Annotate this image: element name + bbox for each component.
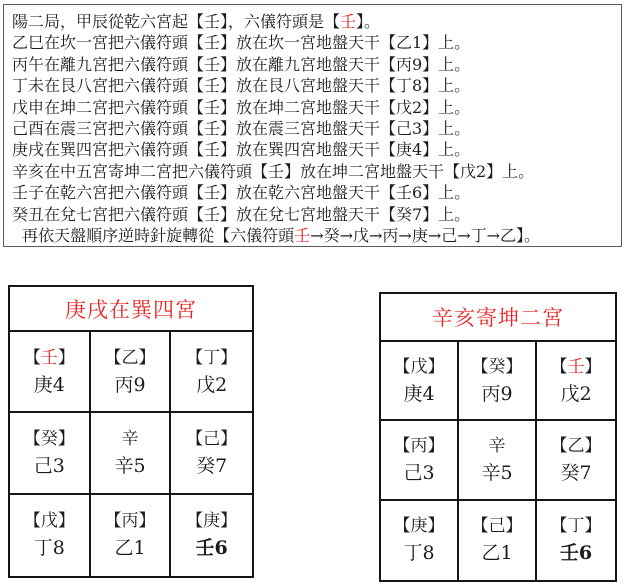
cell-earth-stem: 己3 bbox=[34, 453, 65, 479]
cell-earth-stem: 丙9 bbox=[114, 372, 145, 398]
palace-cell: 【庚】壬6 bbox=[171, 495, 252, 576]
cell-heaven-stem: 【癸】 bbox=[24, 427, 75, 451]
cell-earth-stem: 庚4 bbox=[34, 372, 65, 398]
cell-earth-stem: 丁8 bbox=[403, 540, 434, 566]
narrative-line-1: 陽二局，甲辰從乾六宮起【壬】，六儀符頭是【壬】。 bbox=[12, 11, 613, 32]
narrative-line-3: 丙午在離九宮把六儀符頭【壬】放在離九宮地盤天干【丙9】上。 bbox=[12, 54, 613, 75]
cell-heaven-stem: 【己】 bbox=[472, 514, 523, 538]
palace-cell: 【己】乙1 bbox=[459, 501, 537, 580]
palace-cell: 【乙】癸7 bbox=[537, 421, 615, 500]
right-palace-table: 辛亥寄坤二宮 【戊】庚4【癸】丙9【壬】戊2【丙】己3辛辛5【乙】癸7【庚】丁8… bbox=[379, 292, 617, 582]
page: 陽二局，甲辰從乾六宮起【壬】，六儀符頭是【壬】。乙巳在坎一宮把六儀符頭【壬】放在… bbox=[0, 0, 625, 588]
palace-cell: 【乙】丙9 bbox=[91, 332, 172, 413]
right-table-grid: 【戊】庚4【癸】丙9【壬】戊2【丙】己3辛辛5【乙】癸7【庚】丁8【己】乙1【丁… bbox=[381, 342, 615, 580]
cell-heaven-stem: 【庚】 bbox=[186, 509, 237, 533]
cell-earth-stem: 辛5 bbox=[481, 460, 512, 486]
narrative-line-9: 壬子在乾六宮把六儀符頭【壬】放在乾六宮地盤天干【壬6】上。 bbox=[12, 182, 613, 203]
cell-earth-stem: 乙1 bbox=[481, 540, 512, 566]
cell-earth-stem: 癸7 bbox=[560, 460, 591, 486]
narrative-line-2: 乙巳在坎一宮把六儀符頭【壬】放在坎一宮地盤天干【乙1】上。 bbox=[12, 32, 613, 53]
palace-cell: 【壬】庚4 bbox=[10, 332, 91, 413]
narrative-line-4: 丁未在艮八宮把六儀符頭【壬】放在艮八宮地盤天干【丁8】上。 bbox=[12, 75, 613, 96]
narrative-line-7: 庚戌在巽四宮把六儀符頭【壬】放在巽四宮地盤天干【庚4】上。 bbox=[12, 139, 613, 160]
palace-cell: 【丙】己3 bbox=[381, 421, 459, 500]
cell-heaven-stem: 【壬】 bbox=[551, 355, 602, 379]
cell-heaven-stem: 【丁】 bbox=[551, 514, 602, 538]
palace-cell: 【癸】丙9 bbox=[459, 342, 537, 421]
narrative-line-8: 辛亥在中五宮寄坤二宮把六儀符頭【壬】放在坤二宮地盤天干【戊2】上。 bbox=[12, 161, 613, 182]
left-palace-table: 庚戌在巽四宮 【壬】庚4【乙】丙9【丁】戊2【癸】己3辛辛5【己】癸7【戊】丁8… bbox=[8, 285, 254, 578]
cell-heaven-stem: 【戊】 bbox=[24, 509, 75, 533]
cell-heaven-stem: 【丙】 bbox=[104, 509, 155, 533]
cell-heaven-stem: 【己】 bbox=[186, 427, 237, 451]
palace-cell: 辛辛5 bbox=[91, 413, 172, 494]
palace-cell: 【丁】戊2 bbox=[171, 332, 252, 413]
cell-heaven-stem: 【乙】 bbox=[551, 434, 602, 458]
cell-heaven-stem: 辛 bbox=[489, 434, 506, 458]
cell-earth-stem: 己3 bbox=[403, 460, 434, 486]
cell-earth-stem: 戊2 bbox=[560, 381, 591, 407]
narrative-box: 陽二局，甲辰從乾六宮起【壬】，六儀符頭是【壬】。乙巳在坎一宮把六儀符頭【壬】放在… bbox=[3, 4, 622, 247]
left-table-grid: 【壬】庚4【乙】丙9【丁】戊2【癸】己3辛辛5【己】癸7【戊】丁8【丙】乙1【庚… bbox=[10, 332, 252, 576]
palace-cell: 【戊】丁8 bbox=[10, 495, 91, 576]
narrative-line-10: 癸丑在兌七宮把六儀符頭【壬】放在兌七宮地盤天干【癸7】上。 bbox=[12, 204, 613, 225]
cell-heaven-stem: 【癸】 bbox=[472, 355, 523, 379]
palace-cell: 【己】癸7 bbox=[171, 413, 252, 494]
cell-heaven-stem: 辛 bbox=[121, 427, 138, 451]
left-table-title: 庚戌在巽四宮 bbox=[10, 287, 252, 332]
cell-earth-stem: 丙9 bbox=[481, 381, 512, 407]
cell-earth-stem: 壬6 bbox=[196, 535, 228, 561]
cell-heaven-stem: 【壬】 bbox=[24, 346, 75, 370]
cell-earth-stem: 丁8 bbox=[34, 535, 65, 561]
cell-heaven-stem: 【庚】 bbox=[394, 514, 445, 538]
palace-cell: 【庚】丁8 bbox=[381, 501, 459, 580]
cell-heaven-stem: 【戊】 bbox=[394, 355, 445, 379]
narrative-line-5: 戊申在坤二宮把六儀符頭【壬】放在坤二宮地盤天干【戊2】上。 bbox=[12, 97, 613, 118]
cell-earth-stem: 庚4 bbox=[403, 381, 434, 407]
cell-earth-stem: 辛5 bbox=[114, 453, 145, 479]
cell-earth-stem: 壬6 bbox=[560, 540, 592, 566]
palace-cell: 【丁】壬6 bbox=[537, 501, 615, 580]
narrative-lines: 陽二局，甲辰從乾六宮起【壬】，六儀符頭是【壬】。乙巳在坎一宮把六儀符頭【壬】放在… bbox=[12, 11, 613, 246]
cell-heaven-stem: 【丙】 bbox=[394, 434, 445, 458]
palace-cell: 【戊】庚4 bbox=[381, 342, 459, 421]
cell-earth-stem: 戊2 bbox=[196, 372, 227, 398]
cell-earth-stem: 癸7 bbox=[196, 453, 227, 479]
narrative-line-11: 再依天盤順序逆時針旋轉從【六儀符頭壬→癸→戊→丙→庚→己→丁→乙】。 bbox=[12, 225, 613, 246]
palace-cell: 辛辛5 bbox=[459, 421, 537, 500]
narrative-line-6: 己酉在震三宮把六儀符頭【壬】放在震三宮地盤天干【己3】上。 bbox=[12, 118, 613, 139]
right-table-title: 辛亥寄坤二宮 bbox=[381, 294, 615, 342]
palace-cell: 【癸】己3 bbox=[10, 413, 91, 494]
palace-cell: 【壬】戊2 bbox=[537, 342, 615, 421]
cell-earth-stem: 乙1 bbox=[114, 535, 145, 561]
cell-heaven-stem: 【丁】 bbox=[186, 346, 237, 370]
palace-cell: 【丙】乙1 bbox=[91, 495, 172, 576]
cell-heaven-stem: 【乙】 bbox=[104, 346, 155, 370]
